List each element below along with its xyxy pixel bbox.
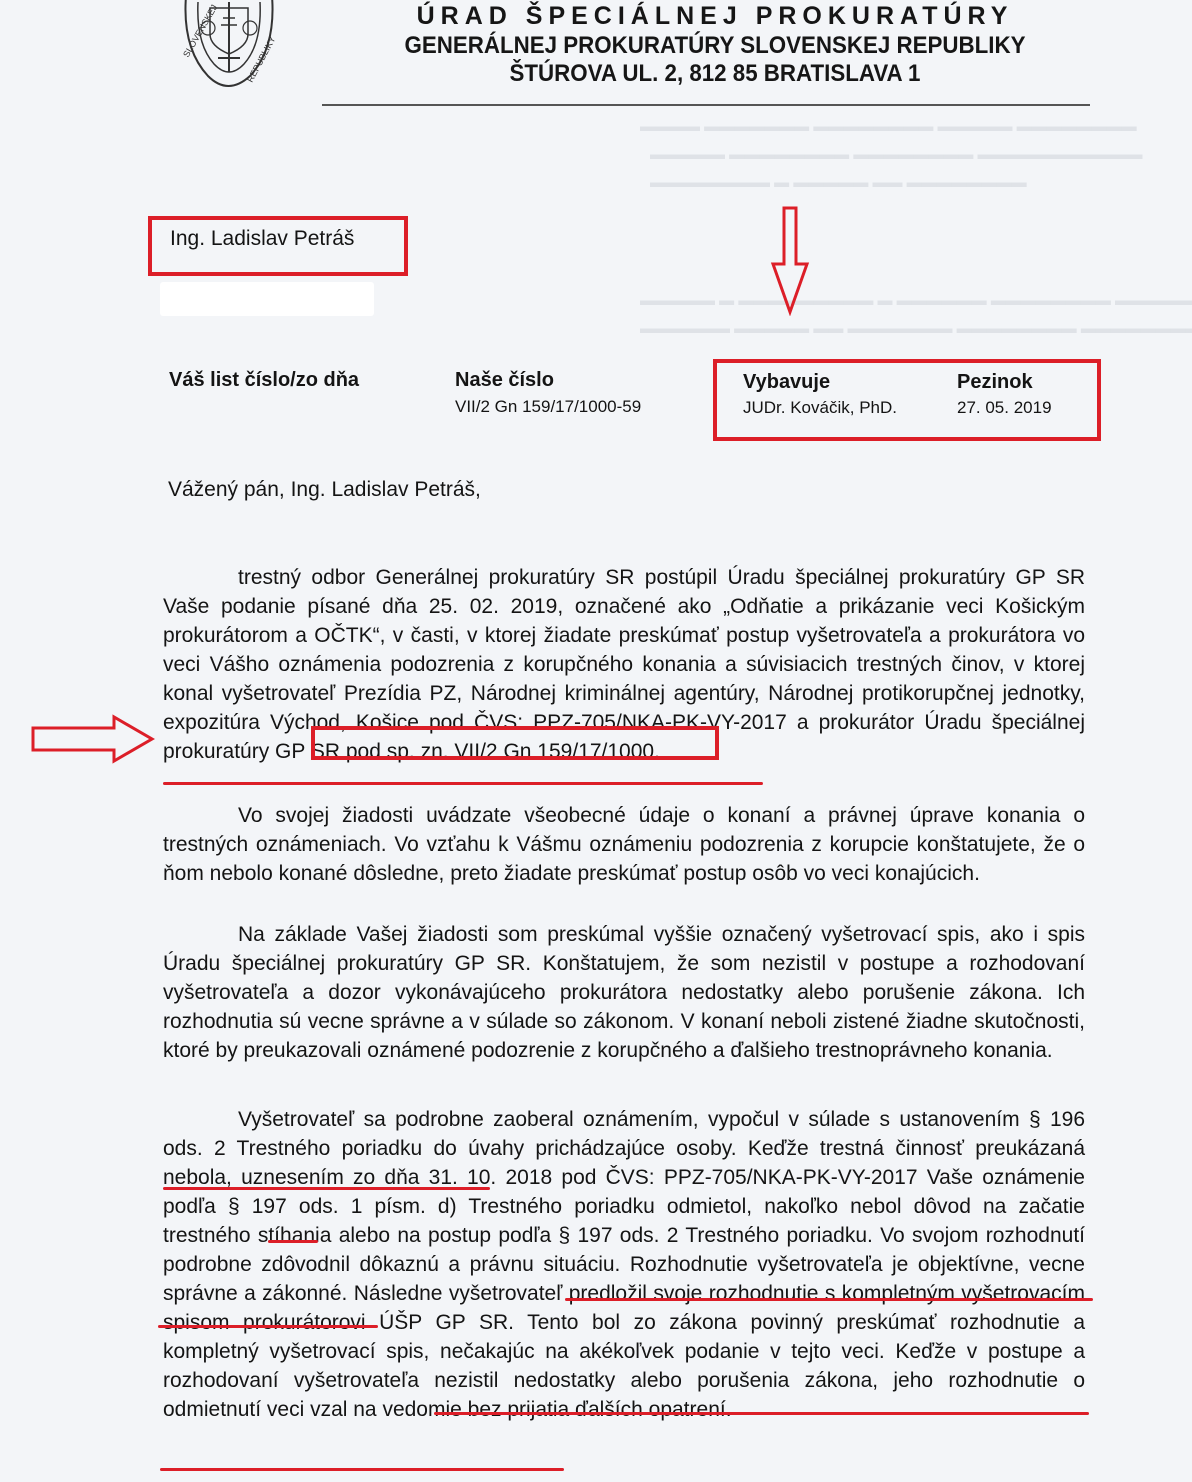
- slovak-prosecution-emblem-icon: SLOVENSKEJ REPUBLIKY: [168, 0, 290, 98]
- underline-no-further-measures: [160, 1468, 564, 1471]
- cvs-highlight-box: [311, 726, 719, 760]
- handled-by-value: JUDr. Kováčik, PhD.: [743, 398, 897, 418]
- bleed-through-text: ▬▬▬▬▬▬▬▬ ▬ ▬▬▬▬▬ ▬▬ ▬▬▬▬▬▬▬▬: [650, 174, 1027, 191]
- addressee-name: Ing. Ladislav Petráš: [170, 227, 354, 251]
- our-number-label: Naše číslo: [455, 369, 554, 392]
- salutation: Vážený pán, Ing. Ladislav Petráš,: [168, 478, 481, 502]
- redacted-address: [160, 282, 374, 316]
- paragraph-4: Vyšetrovateľ sa podrobne zaoberal oznáme…: [163, 1105, 1085, 1424]
- underline-dismissed: [268, 1240, 318, 1243]
- handled-by-label: Vybavuje: [743, 371, 830, 394]
- underline-case-reference: [163, 782, 763, 785]
- paragraph-3-text: Na základe Vašej žiadosti som preskúmal …: [163, 920, 1085, 1065]
- bleed-through-text: ▬▬▬▬▬ ▬ ▬▬▬▬▬▬▬▬▬ ▬ ▬▬▬▬▬▬ ▬▬▬▬▬▬▬▬ ▬▬▬▬…: [640, 292, 1192, 309]
- underline-decision-lawful: [565, 1298, 1093, 1301]
- bleed-through-text: ▬▬▬▬ ▬▬▬▬▬▬▬ ▬▬▬▬▬▬▬▬ ▬▬▬▬▬ ▬▬▬▬▬▬▬▬: [640, 118, 1137, 135]
- date-value: 27. 05. 2019: [957, 398, 1052, 418]
- our-number-value: VII/2 Gn 159/17/1000-59: [455, 397, 641, 417]
- place-label: Pezinok: [957, 371, 1033, 394]
- underline-no-deficiencies: [434, 1412, 1089, 1415]
- paragraph-2-text: Vo svojej žiadosti uvádzate všeobecné úd…: [163, 801, 1085, 888]
- paragraph-3: Na základe Vašej žiadosti som preskúmal …: [163, 920, 1085, 1065]
- header-office-name: ÚRAD ŠPECIÁLNEJ PROKURATÚRY: [300, 2, 1130, 31]
- bleed-through-text: ▬▬▬▬▬▬ ▬▬▬▬▬ ▬▬ ▬▬▬▬▬▬▬ ▬▬▬▬▬▬▬▬ ▬▬▬▬▬▬▬…: [640, 320, 1192, 337]
- svg-text:REPUBLIKY: REPUBLIKY: [245, 35, 278, 84]
- bleed-through-text: ▬▬▬▬▬ ▬▬▬▬▬▬▬▬ ▬▬▬▬▬▬▬▬ ▬▬▬▬▬▬▬▬▬▬▬: [650, 146, 1143, 163]
- header-address: ŠTÚROVA UL. 2, 812 85 BRATISLAVA 1: [329, 60, 1101, 88]
- header-parent-office: GENERÁLNEJ PROKURATÚRY SLOVENSKEJ REPUBL…: [329, 32, 1101, 60]
- paragraph-1-text-a: trestný odbor Generálnej prokuratúry SR …: [163, 566, 1085, 734]
- your-letter-label: Váš list číslo/zo dňa: [169, 369, 359, 392]
- underline-decision-lawful-cont: [158, 1325, 378, 1328]
- down-arrow-icon: [770, 206, 810, 316]
- underline-no-crime-proven: [163, 1187, 490, 1190]
- right-arrow-icon: [30, 714, 156, 764]
- header-divider: [322, 104, 1090, 106]
- paragraph-2: Vo svojej žiadosti uvádzate všeobecné úd…: [163, 801, 1085, 888]
- paragraph-4-text: Vyšetrovateľ sa podrobne zaoberal oznáme…: [163, 1105, 1085, 1424]
